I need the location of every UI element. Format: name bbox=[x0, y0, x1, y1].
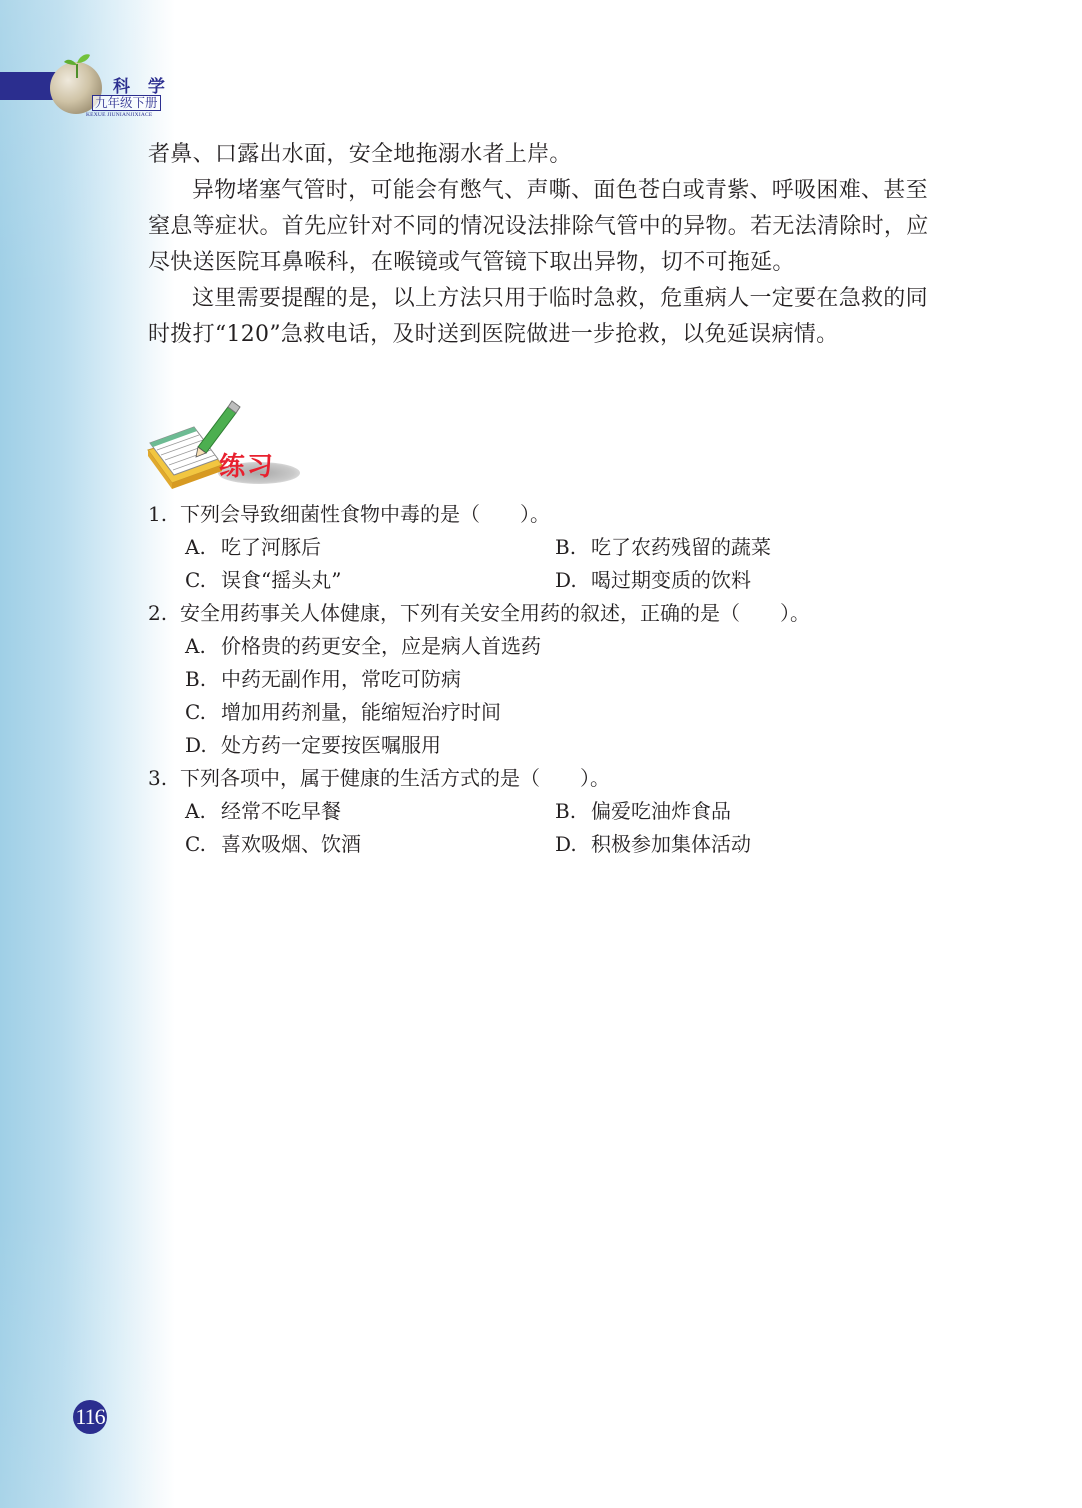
option-c: C.误食“摇头丸” bbox=[185, 564, 341, 597]
option-letter: A. bbox=[185, 630, 221, 663]
paragraph-airway-obstruction: 异物堵塞气管时，可能会有憋气、声嘶、面色苍白或青紫、呼吸困难、甚至窒息等症状。首… bbox=[148, 173, 948, 281]
option-letter: A. bbox=[185, 531, 221, 564]
question-text: 下列各项中，属于健康的生活方式的是（ ）。 bbox=[180, 766, 610, 790]
option-d: D.处方药一定要按医嘱服用 bbox=[185, 729, 441, 762]
option-text: 增加用药剂量，能缩短治疗时间 bbox=[221, 700, 501, 724]
option-letter: A. bbox=[185, 795, 221, 828]
paragraph-continuation: 者鼻、口露出水面，安全地拖溺水者上岸。 bbox=[148, 137, 948, 173]
question-text: 下列会导致细菌性食物中毒的是（ ）。 bbox=[180, 502, 550, 526]
option-b: B.偏爱吃油炸食品 bbox=[555, 795, 731, 828]
option-letter: D. bbox=[555, 828, 591, 861]
option-d: D.积极参加集体活动 bbox=[555, 828, 751, 861]
option-letter: C. bbox=[185, 828, 221, 861]
option-c: C.喜欢吸烟、饮酒 bbox=[185, 828, 361, 861]
practice-title: 练习 bbox=[219, 446, 275, 483]
option-text: 喝过期变质的饮料 bbox=[591, 568, 751, 592]
option-text: 吃了河豚后 bbox=[221, 535, 321, 559]
option-text: 喜欢吸烟、饮酒 bbox=[221, 832, 361, 856]
option-a: A.吃了河豚后 bbox=[185, 531, 321, 564]
option-letter: D. bbox=[555, 564, 591, 597]
option-letter: D. bbox=[185, 729, 221, 762]
option-text: 经常不吃早餐 bbox=[221, 799, 341, 823]
option-letter: B. bbox=[555, 531, 591, 564]
sprout-icon bbox=[62, 50, 92, 80]
option-letter: C. bbox=[185, 696, 221, 729]
question-text: 安全用药事关人体健康，下列有关安全用药的叙述，正确的是（ ）。 bbox=[180, 601, 810, 625]
option-a: A.经常不吃早餐 bbox=[185, 795, 341, 828]
question-stem: 1.下列会导致细菌性食物中毒的是（ ）。 bbox=[148, 498, 550, 531]
option-text: 中药无副作用，常吃可防病 bbox=[221, 667, 461, 691]
option-b: B.中药无副作用，常吃可防病 bbox=[185, 663, 461, 696]
option-b: B.吃了农药残留的蔬菜 bbox=[555, 531, 771, 564]
option-d: D.喝过期变质的饮料 bbox=[555, 564, 751, 597]
page-number-badge: 116 bbox=[73, 1400, 107, 1434]
option-text: 处方药一定要按医嘱服用 bbox=[221, 733, 441, 757]
question-number: 3. bbox=[148, 762, 180, 795]
question-number: 2. bbox=[148, 597, 180, 630]
option-text: 价格贵的药更安全，应是病人首选药 bbox=[221, 634, 541, 658]
option-text: 吃了农药残留的蔬菜 bbox=[591, 535, 771, 559]
option-a: A.价格贵的药更安全，应是病人首选药 bbox=[185, 630, 541, 663]
option-letter: C. bbox=[185, 564, 221, 597]
book-grade: 九年级下册 bbox=[92, 95, 161, 111]
option-text: 误食“摇头丸” bbox=[221, 568, 341, 592]
question-stem: 2.安全用药事关人体健康，下列有关安全用药的叙述，正确的是（ ）。 bbox=[148, 597, 810, 630]
question-stem: 3.下列各项中，属于健康的生活方式的是（ ）。 bbox=[148, 762, 610, 795]
option-letter: B. bbox=[185, 663, 221, 696]
option-letter: B. bbox=[555, 795, 591, 828]
book-pinyin: KEXUE JIUNIANJIXIACE bbox=[86, 112, 152, 118]
paragraph-reminder: 这里需要提醒的是，以上方法只用于临时急救，危重病人一定要在急救的同时拨打“120… bbox=[148, 281, 948, 353]
option-c: C.增加用药剂量，能缩短治疗时间 bbox=[185, 696, 501, 729]
option-text: 偏爱吃油炸食品 bbox=[591, 799, 731, 823]
question-number: 1. bbox=[148, 498, 180, 531]
book-title: 科 学 bbox=[113, 72, 171, 97]
option-text: 积极参加集体活动 bbox=[591, 832, 751, 856]
